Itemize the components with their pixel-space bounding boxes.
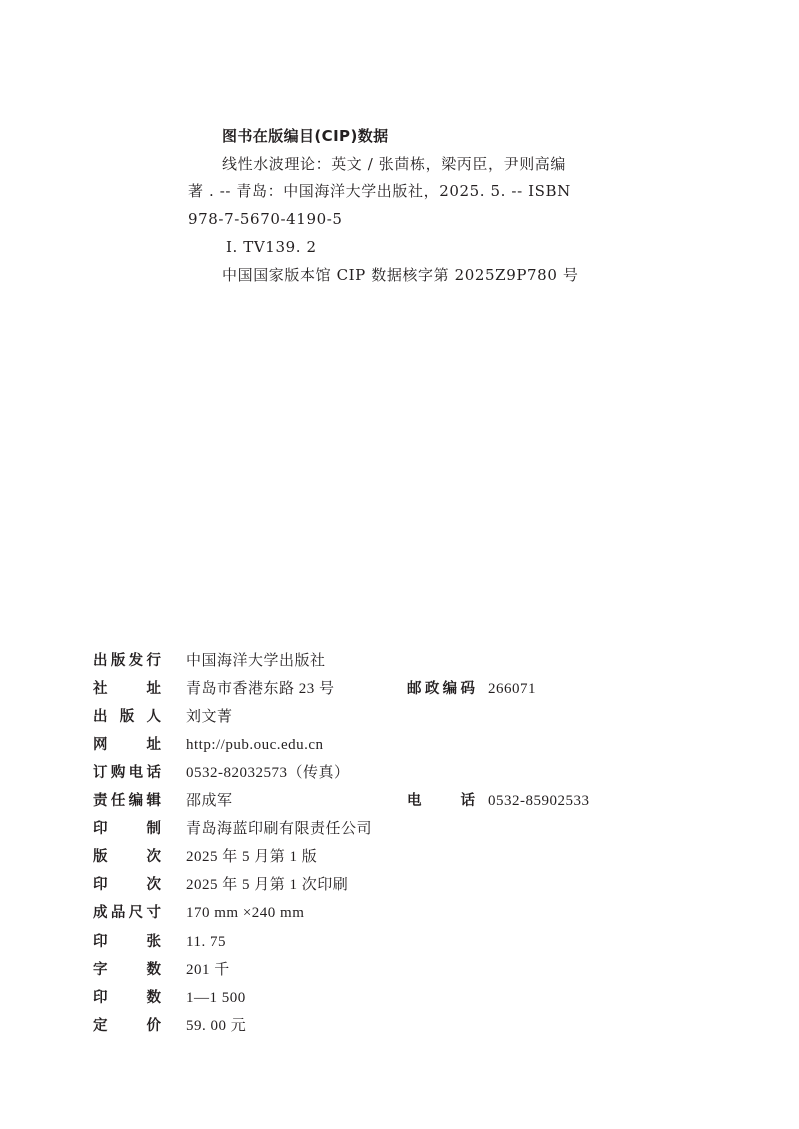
label-char: 址 [147,678,162,700]
label-char: 版 [120,706,135,728]
imprint-value: 青岛市香港东路 23 号 [186,678,335,700]
label-char: 数 [147,987,162,1009]
label-char: 政 [425,678,440,700]
label-char: 价 [147,1015,162,1037]
imprint-value: 青岛海蓝印刷有限责任公司 [186,818,372,840]
label-char: 网 [93,734,108,756]
label-char: 次 [147,874,162,896]
label-char: 社 [93,678,108,700]
label-char: 发 [129,650,144,672]
imprint-label: 字数 [93,959,161,981]
label-char: 出 [93,706,108,728]
label-char: 话 [461,790,476,812]
label-char: 码 [460,678,475,700]
imprint-label: 版次 [93,846,161,868]
label-char: 出 [93,650,108,672]
imprint-value: 刘文菁 [186,706,233,728]
label-char: 辑 [146,790,161,812]
imprint-value: 2025 年 5 月第 1 版 [186,846,317,868]
label-char: 人 [147,706,162,728]
imprint-label: 出版人 [93,706,161,728]
label-char: 制 [147,818,162,840]
label-char: 品 [111,902,126,924]
imprint-value-url: http://pub.ouc.edu.cn [186,734,324,756]
label-char: 话 [146,762,161,784]
label-char: 编 [443,678,458,700]
label-char: 址 [147,734,162,756]
imprint-value-phone: 0532-85902533 [488,790,590,812]
cip-title: 图书在版编目(CIP)数据 [222,126,389,146]
label-char: 印 [93,874,108,896]
cip-line-isbn: 978-7-5670-4190-5 [188,209,343,229]
imprint-label-postcode: 邮政编码 [407,678,475,700]
label-char: 印 [93,931,108,953]
imprint-label: 责任编辑 [93,790,161,812]
label-char: 行 [146,650,161,672]
label-char: 订 [93,762,108,784]
label-char: 定 [93,1015,108,1037]
label-char: 张 [147,931,162,953]
cip-line-classification: Ⅰ. TV139. 2 [226,237,317,257]
imprint-value: 201 千 [186,959,230,981]
cip-line-title-authors: 线性水波理论：英文 / 张茴栋，梁丙臣，尹则高编 [222,154,566,174]
label-char: 数 [147,959,162,981]
imprint-label: 印张 [93,931,161,953]
imprint-label: 网址 [93,734,161,756]
label-char: 成 [93,902,108,924]
label-char: 印 [93,987,108,1009]
label-char: 寸 [146,902,161,924]
cip-line-verification-number: 中国国家版本馆 CIP 数据核字第 2025Z9P780 号 [222,265,578,285]
imprint-value: 1—1 500 [186,987,246,1009]
imprint-label: 印制 [93,818,161,840]
imprint-value: 邵成军 [186,790,233,812]
imprint-label: 印数 [93,987,161,1009]
imprint-value: 0532-82032573（传真） [186,762,350,784]
imprint-label: 定价 [93,1015,161,1037]
imprint-label: 订购电话 [93,762,161,784]
imprint-value: 2025 年 5 月第 1 次印刷 [186,874,348,896]
imprint-value-postcode: 266071 [488,678,536,700]
label-char: 电 [407,790,422,812]
label-char: 任 [111,790,126,812]
label-char: 印 [93,818,108,840]
imprint-value: 59. 00 元 [186,1015,246,1037]
label-char: 次 [147,846,162,868]
label-char: 购 [111,762,126,784]
label-char: 字 [93,959,108,981]
imprint-label: 印次 [93,874,161,896]
imprint-label: 出版发行 [93,650,161,672]
label-char: 电 [129,762,144,784]
cip-line-publisher: 著 . -- 青岛：中国海洋大学出版社，2025. 5. -- ISBN [188,181,571,201]
imprint-label: 成品尺寸 [93,902,161,924]
imprint-value: 11. 75 [186,931,226,953]
imprint-label: 社址 [93,678,161,700]
label-char: 版 [93,846,108,868]
label-char: 邮 [407,678,422,700]
label-char: 编 [129,790,144,812]
label-char: 责 [93,790,108,812]
imprint-label-phone: 电话 [407,790,475,812]
label-char: 版 [111,650,126,672]
label-char: 尺 [129,902,144,924]
imprint-value: 170 mm ×240 mm [186,902,304,924]
imprint-value: 中国海洋大学出版社 [186,650,326,672]
